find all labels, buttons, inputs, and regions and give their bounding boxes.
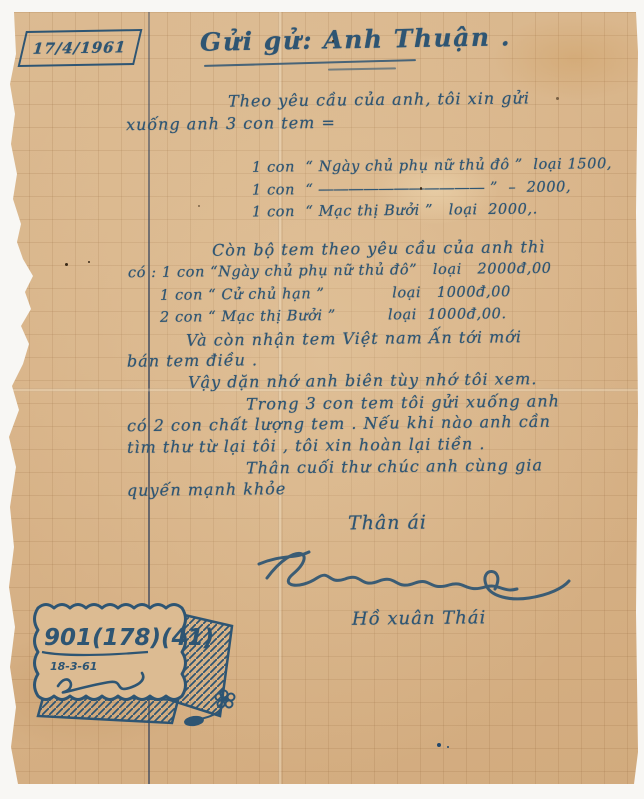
paper-speck [556,97,559,100]
letter-heading: Gửi gử: Anh Thuận . [200,22,511,56]
letter-line: Trong 3 con tem tôi gửi xuống anh [246,391,560,413]
stamp-sketch: 901(178)(41) 18-3-61 [28,596,248,736]
paper-speck [420,187,422,190]
ink-speck [437,743,441,747]
ink-speck [447,746,449,748]
letter-paper: 17/4/1961 Gửi gử: Anh Thuận . Theo yêu c… [6,12,638,784]
stamp-code: 901(178)(41) [44,625,214,651]
letter-line: có : 1 con “Ngày chủ phụ nữ thủ đô” loại… [128,261,552,281]
date-text: 17/4/1961 [32,38,127,58]
paper-speck [198,205,200,207]
letter-line: 1 con “ ――――――――――― ” – 2000, [252,179,571,198]
letter-line: Vậy dặn nhớ anh biên tùy nhớ tôi xem. [188,369,538,392]
letter-line: bán tem điều . [127,350,258,370]
date-box: 17/4/1961 [18,29,143,67]
letter-line: xuống anh 3 con tem = [126,113,336,134]
letter-line: Thân cuối thư chúc anh cùng gia [246,455,543,477]
paper-speck [65,263,68,266]
letter-line: 1 con “ Mạc thị Bưởi ” loại 2000,. [252,202,538,221]
signature-name: Hồ xuân Thái [352,607,487,629]
heading-underline [204,59,416,67]
letter-line: 2 con “ Mạc thị Bưởi ” loại 1000đ,00. [160,306,507,326]
letter-line: Còn bộ tem theo yêu cầu của anh thì [212,237,546,259]
letter-line: Theo yêu cầu của anh, tôi xin gửi [228,88,530,110]
letter-line: quyến mạnh khỏe [127,479,287,500]
letter-line: 1 con “ Ngày chủ phụ nữ thủ đô ” loại 15… [252,156,612,176]
letter-line: 1 con “ Cử chủ hạn ” loại 1000đ,00 [160,284,511,304]
paper-speck [332,40,334,42]
signature-flourish [255,532,575,617]
letter-line: tìm thư từ lại tôi , tôi xin hoàn lại ti… [127,434,486,457]
heading-underline-2 [328,67,396,70]
stamp-date: 18-3-61 [50,660,97,673]
closing-salutation: Thân ái [348,512,427,535]
letter-line: có 2 con chất lượng tem . Nếu khi nào an… [127,412,551,435]
paper-speck [88,261,90,263]
letter-line: Và còn nhận tem Việt nam Ấn tới mới [186,327,522,350]
scanned-letter: 17/4/1961 Gửi gử: Anh Thuận . Theo yêu c… [0,0,644,799]
